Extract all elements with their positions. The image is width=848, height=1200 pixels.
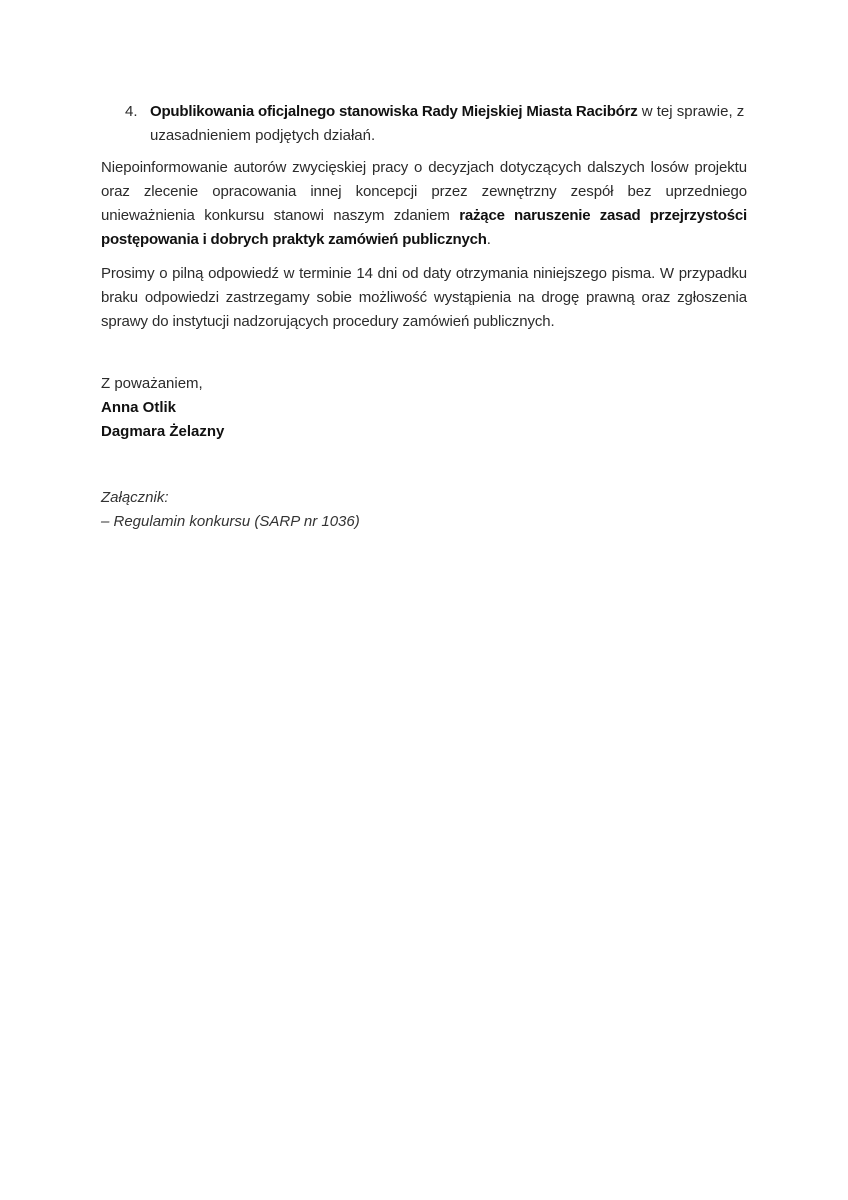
demand-list-item-4: 4. Opublikowania oficjalnego stanowiska … <box>101 100 747 148</box>
salutation: Z poważaniem, <box>101 372 747 396</box>
signer-name: Dagmara Żelazny <box>101 420 747 444</box>
document-body: 4. Opublikowania oficjalnego stanowiska … <box>101 100 747 534</box>
attachment-label: Załącznik: <box>101 486 747 510</box>
signer-name: Anna Otlik <box>101 396 747 420</box>
attachment-item: – Regulamin konkursu (SARP nr 1036) <box>101 510 747 534</box>
attachment-block: Załącznik: – Regulamin konkursu (SARP nr… <box>101 486 747 534</box>
document-page: 4. Opublikowania oficjalnego stanowiska … <box>0 0 848 1200</box>
paragraph-request-text: Prosimy o pilną odpowiedź w terminie 14 … <box>101 265 747 330</box>
list-item-number: 4. <box>125 100 138 124</box>
list-item-bold-text: Opublikowania oficjalnego stanowiska Rad… <box>150 103 638 120</box>
paragraph-violation-end: . <box>487 231 491 248</box>
paragraph-violation: Niepoinformowanie autorów zwycięskiej pr… <box>101 156 747 252</box>
closing-block: Z poważaniem, Anna Otlik Dagmara Żelazny <box>101 372 747 444</box>
paragraph-request: Prosimy o pilną odpowiedź w terminie 14 … <box>101 262 747 334</box>
